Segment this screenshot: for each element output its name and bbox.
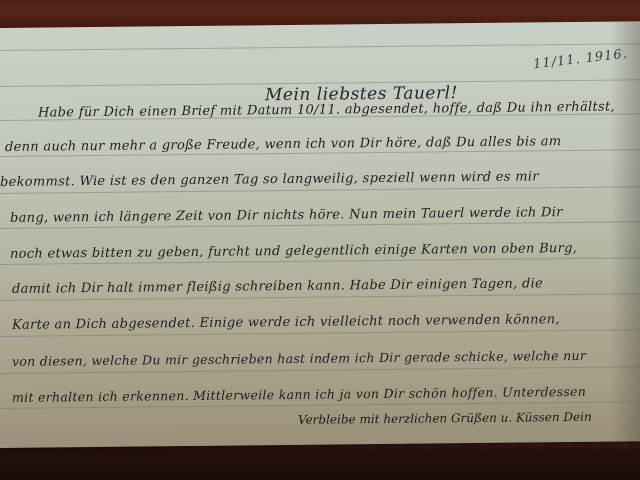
letter-signoff: Verbleibe mit herzlichen Grüßen u. Küsse…	[298, 410, 592, 427]
letter-line-1: Habe für Dich einen Brief mit Datum 10/1…	[38, 100, 615, 121]
letter-line-6: damit ich Dir halt immer fleißig schreib…	[12, 276, 543, 297]
letter-line-3: bekommst. Wie ist es den ganzen Tag so l…	[0, 169, 539, 190]
letter-line-7: Karte an Dich abgesendet. Einige werde i…	[12, 312, 560, 333]
letter-line-8: von diesen, welche Du mir geschrieben ha…	[12, 348, 586, 369]
ruled-line	[0, 43, 640, 51]
letter-date: 11/11. 1916.	[532, 47, 628, 73]
letter-paper: 11/11. 1916. Mein liebstes Tauerl! Habe …	[0, 21, 640, 448]
letter-line-9: mit erhalten ich erkennen. Mittlerweile …	[12, 384, 586, 405]
